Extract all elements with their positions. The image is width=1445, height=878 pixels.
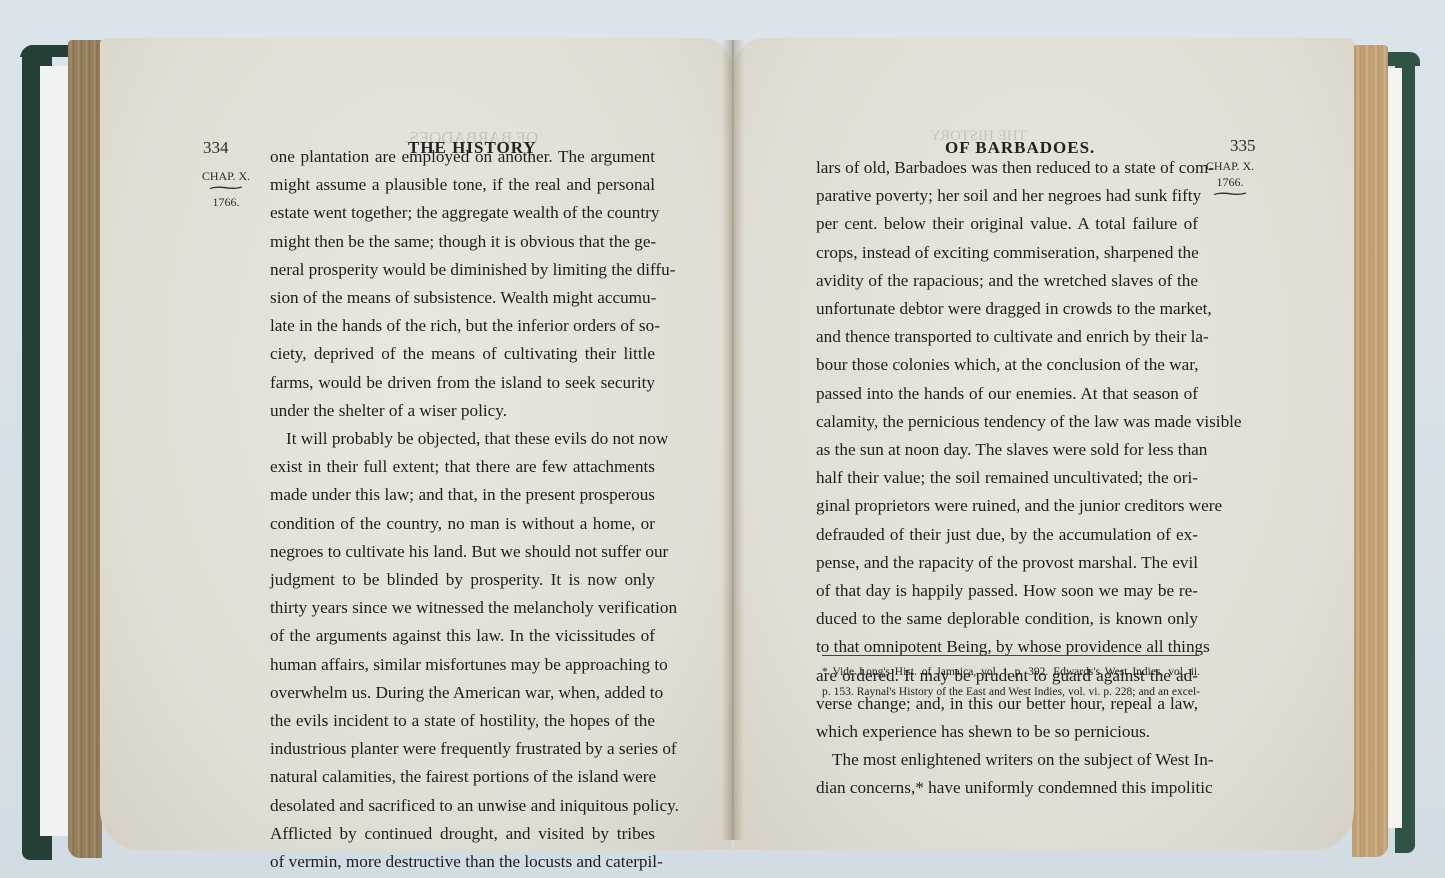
text-line: of that day is happily passed. How soon … (816, 577, 1198, 605)
text-line: avidity of the rapacious; and the wretch… (816, 267, 1198, 295)
text-line: parative poverty; her soil and her negro… (816, 182, 1198, 210)
text-line: per cent. below their original value. A … (816, 210, 1198, 238)
text-line: made under this law; and that, in the pr… (270, 481, 655, 509)
text-line: passed into the hands of our enemies. At… (816, 380, 1198, 408)
text-line: ciety, deprived of the means of cultivat… (270, 340, 655, 368)
text-line: ginal proprietors were ruined, and the j… (816, 492, 1198, 520)
text-line: exist in their full extent; that there a… (270, 453, 655, 481)
text-line: neral prosperity would be diminished by … (270, 256, 655, 284)
text-line: natural calamities, the fairest portions… (270, 763, 655, 791)
text-line: overwhelm us. During the American war, w… (270, 679, 655, 707)
footnote-line: * Vide Long's Hist. of Jamaica, vol. i. … (822, 662, 1200, 682)
page-number-left: 334 (203, 138, 229, 158)
footnote-line: p. 153. Raynal's History of the East and… (822, 682, 1200, 702)
text-line: defrauded of their just due, by the accu… (816, 521, 1198, 549)
text-line: late in the hands of the rich, but the i… (270, 312, 655, 340)
text-line: Afflicted by continued drought, and visi… (270, 820, 655, 848)
text-line: industrious planter were frequently frus… (270, 735, 655, 763)
text-line: bour those colonies which, at the conclu… (816, 351, 1198, 379)
text-line: dian concerns,* have uniformly condemned… (816, 774, 1198, 802)
endpaper-right (1388, 68, 1402, 828)
right-page-body: lars of old, Barbadoes was then reduced … (816, 154, 1198, 803)
year-label: 1766. (213, 195, 240, 209)
text-line: It will probably be objected, that these… (270, 425, 655, 453)
text-line: farms, would be driven from the island t… (270, 369, 655, 397)
text-line: under the shelter of a wiser policy. (270, 397, 655, 425)
text-line: The most enlightened writers on the subj… (816, 746, 1198, 774)
text-line: as the sun at noon day. The slaves were … (816, 436, 1198, 464)
text-line: of vermin, more destructive than the loc… (270, 848, 655, 876)
text-line: duced to the same deplorable condition, … (816, 605, 1198, 633)
page-number-right: 335 (1230, 136, 1256, 156)
text-line: might assume a plausible tone, if the re… (270, 171, 655, 199)
text-line: lars of old, Barbadoes was then reduced … (816, 154, 1198, 182)
text-line: calamity, the pernicious tendency of the… (816, 408, 1198, 436)
text-line: to that omnipotent Being, by whose provi… (816, 633, 1198, 661)
margin-note-left: CHAP. X. ⁓ 1766. (196, 168, 256, 210)
page-edges-left (68, 40, 102, 858)
text-line: half their value; the soil remained uncu… (816, 464, 1198, 492)
text-line: thirty years since we witnessed the mela… (270, 594, 655, 622)
footnote-rule (822, 655, 1199, 656)
book-gutter (722, 40, 744, 840)
text-line: one plantation are employed on another. … (270, 143, 655, 171)
text-line: unfortunate debtor were dragged in crowd… (816, 295, 1198, 323)
left-page-body: one plantation are employed on another. … (270, 143, 655, 876)
text-line: negroes to cultivate his land. But we sh… (270, 538, 655, 566)
page-edges-right (1352, 45, 1388, 857)
text-line: which experience has shewn to be so pern… (816, 718, 1198, 746)
text-line: estate went together; the aggregate weal… (270, 199, 655, 227)
text-line: pense, and the rapacity of the provost m… (816, 549, 1198, 577)
text-line: and thence transported to cultivate and … (816, 323, 1198, 351)
text-line: desolated and sacrificed to an unwise an… (270, 792, 655, 820)
text-line: crops, instead of exciting commiseration… (816, 239, 1198, 267)
text-line: might then be the same; though it is obv… (270, 228, 655, 256)
text-line: the evils incident to a state of hostili… (270, 707, 655, 735)
text-line: sion of the means of subsistence. Wealth… (270, 284, 655, 312)
text-line: of the arguments against this law. In th… (270, 622, 655, 650)
text-line: human affairs, similar misfortunes may b… (270, 651, 655, 679)
footnote: * Vide Long's Hist. of Jamaica, vol. i. … (822, 662, 1200, 702)
text-line: condition of the country, no man is with… (270, 510, 655, 538)
text-line: judgment to be blinded by prosperity. It… (270, 566, 655, 594)
endpaper-left (40, 66, 70, 836)
